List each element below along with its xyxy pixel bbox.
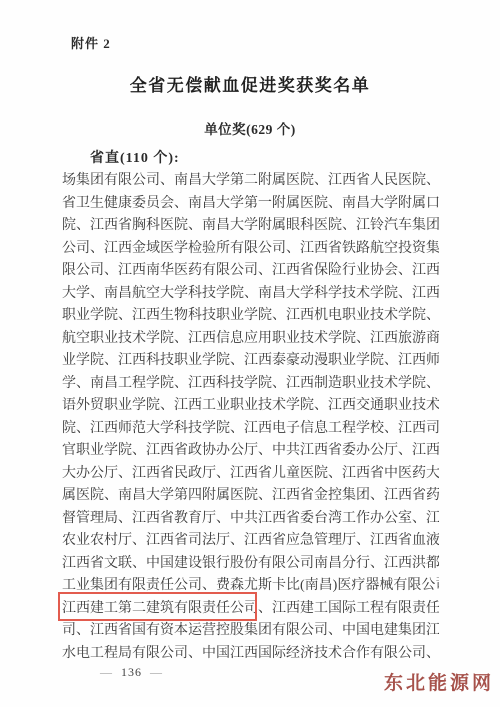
body-line: 限公司、江西南华医药有限公司、江西省保险行业协会、江西农业 [62, 260, 439, 283]
body-line: 督管理局、江西省教育厅、中共江西省委台湾工作办公室、江西省 [62, 508, 439, 531]
body-line: 官职业学院、江西省政协办公厅、中共江西省委办公厅、江西省人 [62, 440, 439, 463]
body-line: 江西建工第二建筑有限责任公司、江西建工国际工程有限责任公 [62, 598, 439, 621]
site-watermark: 东北能源网 [384, 668, 494, 695]
page-number: 136 [121, 665, 142, 679]
body-line: 语外贸职业学院、江西工业职业技术学院、江西交通职业技术学 [62, 395, 439, 418]
body-line: 大办公厅、江西省民政厅、江西省儿童医院、江西省中医药大学附 [62, 463, 439, 486]
body-line: 江西省文联、中国建设银行股份有限公司南昌分行、江西洪都航空 [62, 553, 439, 576]
body-line: 职业学院、江西生物科技职业学院、江西机电职业技术学院、江西 [62, 305, 439, 328]
document-page: 附件 2 全省无偿献血促进奖获奖名单 单位奖(629 个) 省直(110 个):… [0, 0, 500, 707]
body-line: 场集团有限公司、南昌大学第二附属医院、江西省人民医院、江西 [62, 170, 439, 193]
body-line: 属医院、南昌大学第四附属医院、江西省金控集团、江西省药品监 [62, 485, 439, 508]
body-line: 航空职业技术学院、江西信息应用职业技术学院、江西旅游商贸职 [62, 328, 439, 351]
page-title: 全省无偿献血促进奖获奖名单 [0, 71, 500, 96]
body-line: 省卫生健康委员会、南昌大学第一附属医院、南昌大学附属口腔医 [62, 193, 439, 216]
body-line: 业学院、江西科技职业学院、江西泰豪动漫职业学院、江西师范大 [62, 350, 439, 373]
page-footer: —136— [92, 665, 171, 680]
body-line: 院、江西师范大学科技学院、江西电子信息工程学校、江西司法警 [62, 418, 439, 441]
body-line: 公司、江西金域医学检验所有限公司、江西省铁路航空投资集团有 [62, 238, 439, 261]
award-list-paragraph: 场集团有限公司、南昌大学第二附属医院、江西省人民医院、江西 省卫生健康委员会、南… [62, 170, 439, 665]
section-heading: 省直(110 个): [62, 147, 439, 167]
attachment-label: 附件 2 [71, 33, 111, 52]
body-line: 司、江西省国有资本运营控股集团有限公司、中国电建集团江西省 [62, 620, 439, 643]
body-line: 水电工程局有限公司、中国江西国际经济技术合作有限公司、麦格 [62, 643, 439, 666]
award-category-heading: 单位奖(629 个) [0, 118, 500, 138]
footer-dash-left: — [92, 665, 121, 679]
body-line: 工业集团有限责任公司、费森尤斯卡比(南昌)医疗器械有限公司、 [62, 575, 439, 598]
body-line: 农业农村厅、江西省司法厅、江西省应急管理厅、江西省血液中心、 [62, 530, 439, 553]
body-line: 大学、南昌航空大学科技学院、南昌大学科学技术学院、江西水利 [62, 283, 439, 306]
body-line: 院、江西省胸科医院、南昌大学附属眼科医院、江铃汽车集团有限 [62, 215, 439, 238]
footer-dash-right: — [142, 665, 171, 679]
body-line: 学、南昌工程学院、江西科技学院、江西制造职业技术学院、江西外 [62, 373, 439, 396]
